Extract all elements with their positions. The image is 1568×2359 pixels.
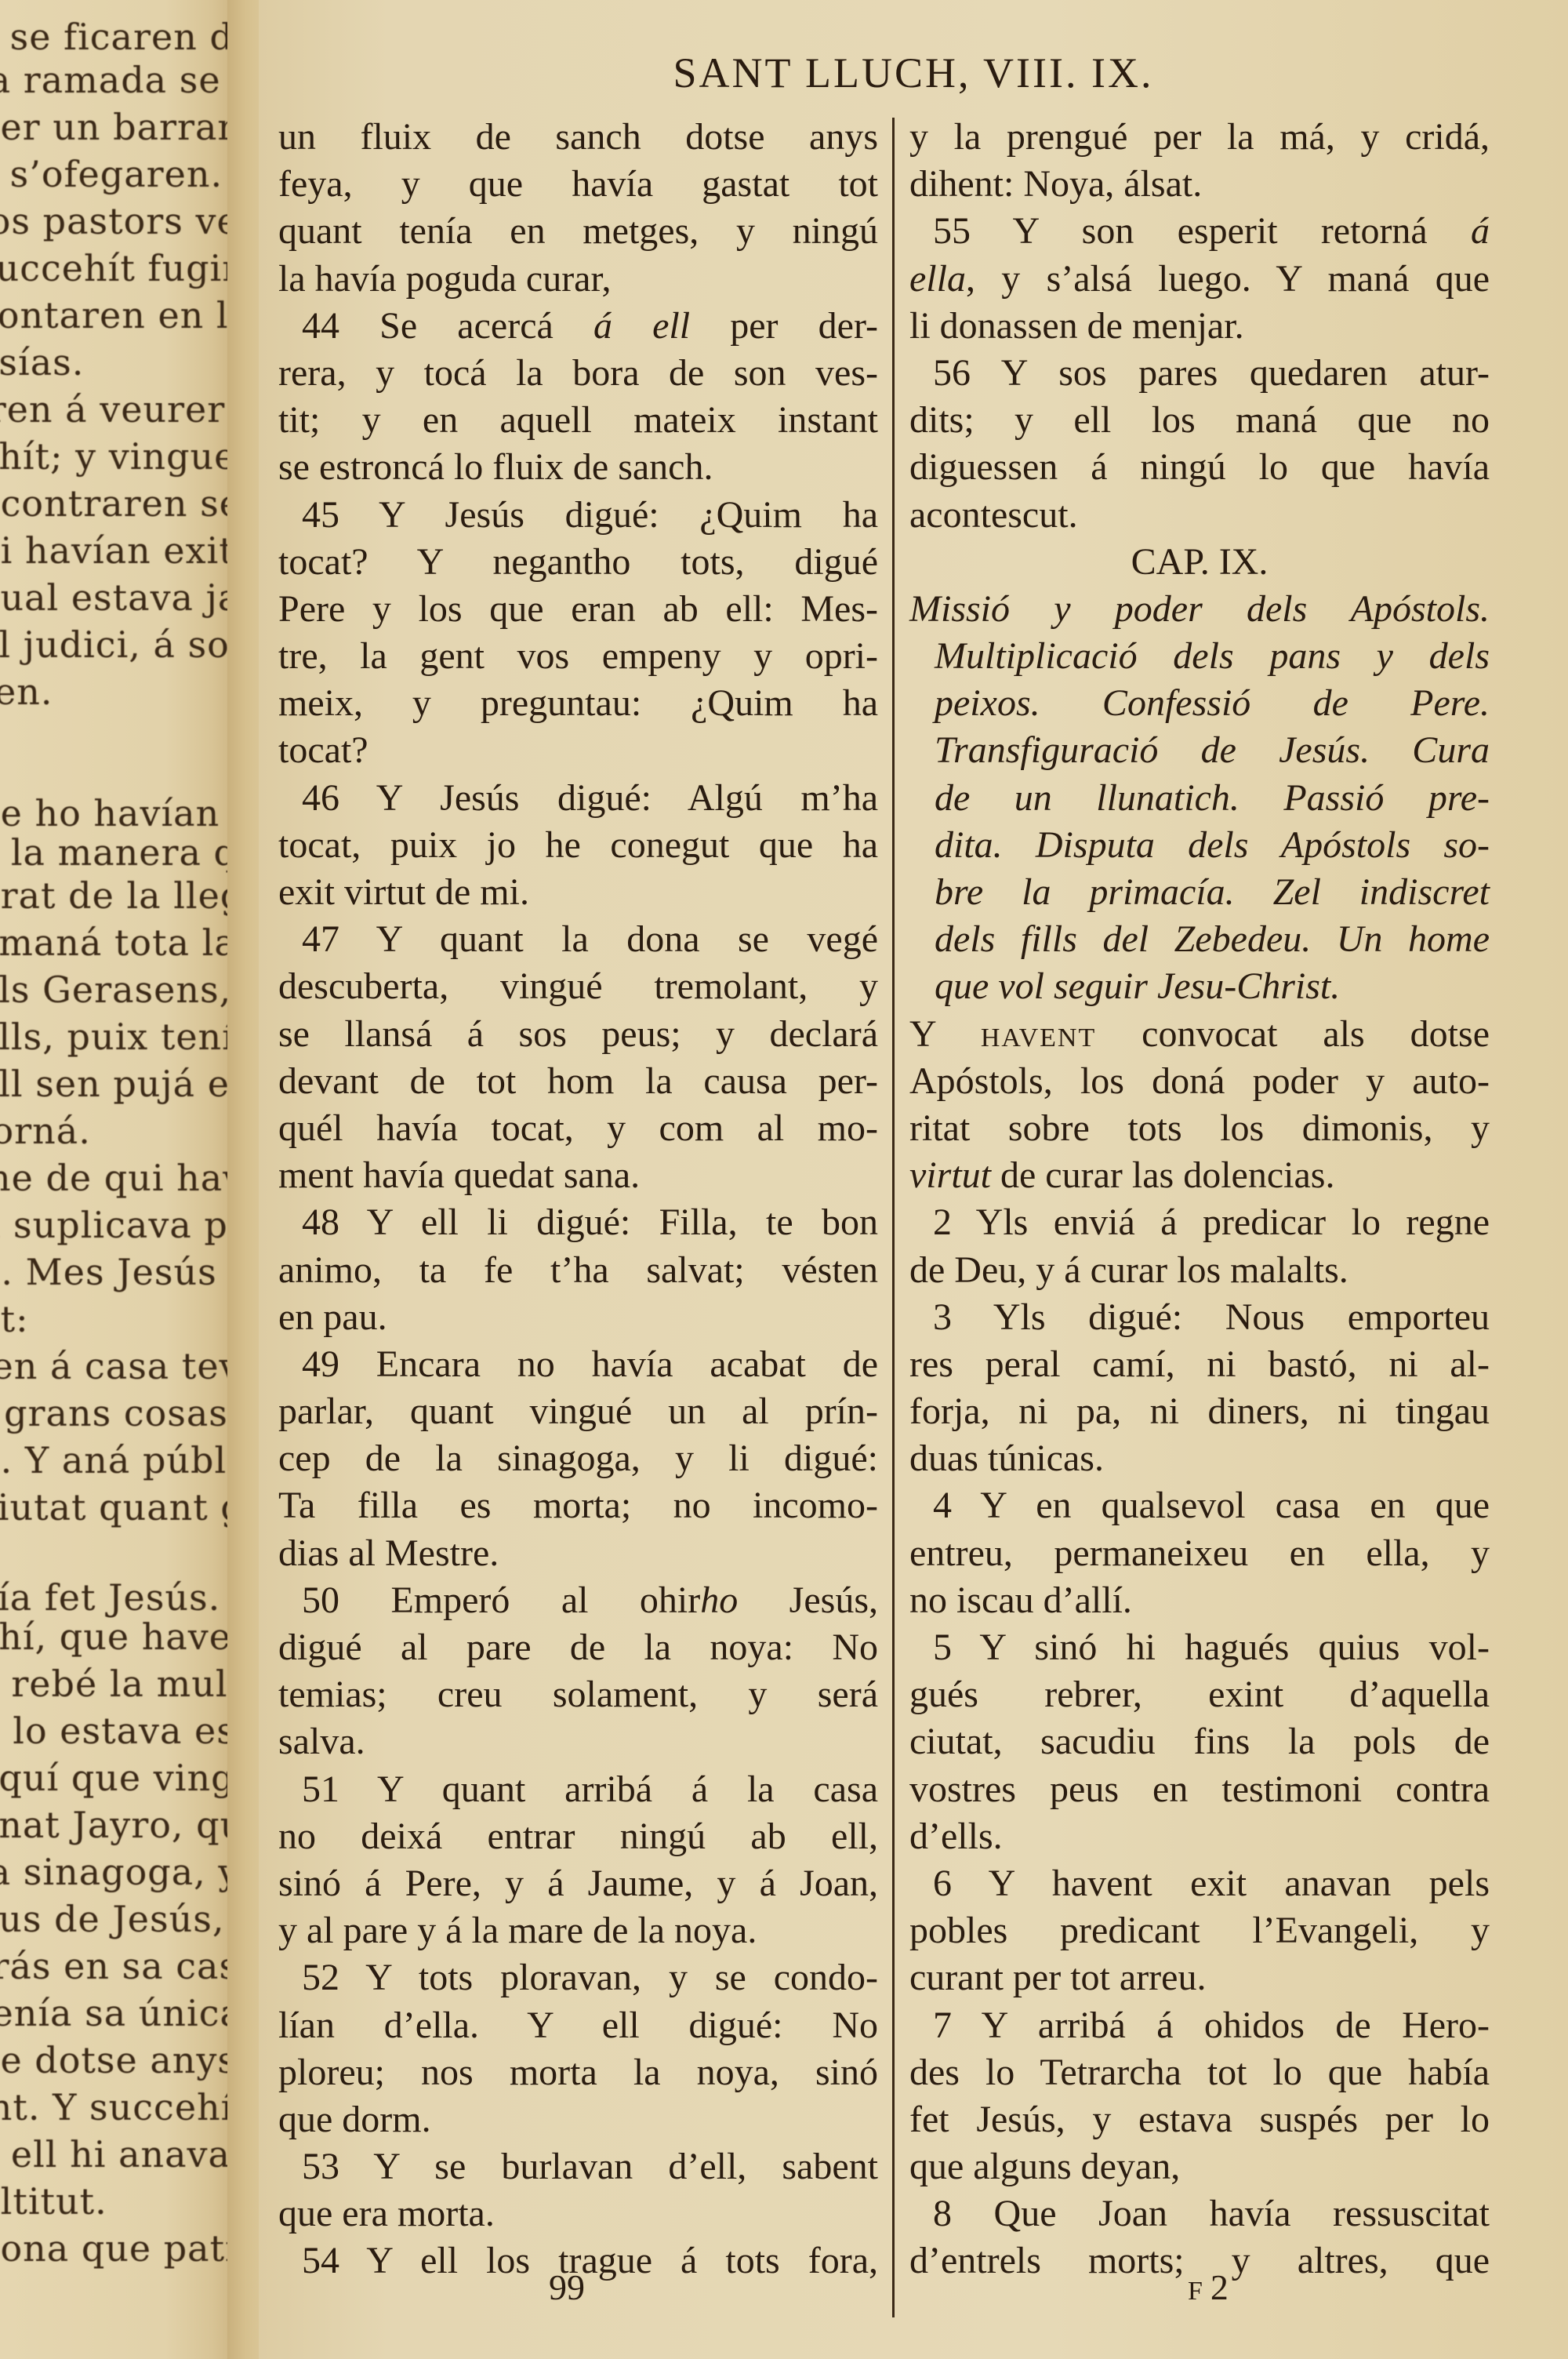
verse-line: tit; y en aquell mateix instant: [278, 397, 878, 444]
facing-page-line: ultitut.: [0, 2180, 107, 2223]
verse-line: 8 Que Joan havía ressuscitat: [909, 2190, 1490, 2237]
verse-line: parlar, quant vingué un al prín-: [278, 1388, 878, 1435]
facing-page-line: dona que patía de: [0, 2227, 235, 2270]
facing-page-line: urat de la llegió.: [0, 874, 235, 917]
chapter-summary-line: dels fills del Zebedeu. Un home: [909, 916, 1490, 963]
verse-line: 50 Emperó al ohirho Jesús,: [278, 1577, 878, 1624]
page-number: 99: [549, 2266, 585, 2308]
chapter-summary-line: bre la primacía. Zel indiscret: [909, 869, 1490, 916]
facing-page-line: la sinagoga, y po: [0, 1851, 235, 1893]
facing-page-line: u. Y aná públic: [0, 1439, 235, 1481]
verse-line: 5 Y sinó hi hagués quius vol-: [909, 1624, 1490, 1671]
verse-line: gués rebrer, exint d’aquella: [909, 1671, 1490, 1718]
verse-line: devant de tot hom la causa per-: [278, 1058, 878, 1105]
facing-page-line: e ell hi anava lo: [0, 2133, 235, 2175]
verse-line: la havía poguda curar,: [278, 256, 878, 303]
chapter-summary-line: Transfiguració de Jesús. Cura: [909, 727, 1490, 774]
verse-line: tocat? Y negantho tots, digué: [278, 539, 878, 586]
chapter-summary-line: Missió y poder dels Apóstols.: [909, 586, 1490, 633]
verse-line: 3 Yls digué: Nous emporteu: [909, 1294, 1490, 1341]
verse-line: que alguns deyan,: [909, 2143, 1490, 2190]
facing-page-line: int. Y succehí que: [0, 2086, 235, 2128]
verse-line: 56 Y sos pares quedaren atur-: [909, 350, 1490, 397]
facing-page-line: ui havían exit los: [0, 529, 235, 572]
verse-line: Y havent convocat als dotse: [909, 1011, 1490, 1058]
verse-line: 47 Y quant la dona se vegé: [278, 916, 878, 963]
verse-line: y al pare y á la mare de la noya.: [278, 1907, 878, 1954]
facing-page-line: y se ficaren dins d: [0, 16, 235, 58]
verse-line: Ta filla es morta; no incomo-: [278, 1482, 878, 1529]
facing-page-line: vía fet Jesús.: [0, 1576, 220, 1619]
verse-line: 49 Encara no havía acabat de: [278, 1341, 878, 1388]
verse-line: diguessen á ningú lo que havía: [909, 444, 1490, 491]
facing-page-line: per un barranch: [0, 106, 235, 148]
verse-line: 45 Y Jesús digué: ¿Quim ha: [278, 492, 878, 539]
verse-line: digué al pare de la noya: No: [278, 1624, 878, 1671]
verse-line: 51 Y quant arribá á la casa: [278, 1766, 878, 1813]
facing-page-line: enat Jayro, que er: [0, 1804, 235, 1846]
verse-line: 55 Y son esperit retorná á: [909, 208, 1490, 255]
verse-line: animo, ta fe t’ha salvat; vésten: [278, 1247, 878, 1294]
facing-page-line: los pastors vegeren: [0, 200, 235, 242]
facing-page-line: de dotse anys, que: [0, 2039, 235, 2081]
verse-line: se estroncá lo fluix de sanch.: [278, 444, 878, 491]
verse-line: entreu, permaneixeu en ella, y: [909, 1530, 1490, 1577]
facing-page-line: y s’ofegaren.: [0, 153, 223, 195]
verse-line: 2 Yls enviá á predicar lo regne: [909, 1199, 1490, 1246]
signature-letter: F: [1188, 2277, 1203, 2306]
facing-page-line: qual estava ja vest: [0, 576, 235, 619]
column-divider-rule: [892, 118, 895, 2317]
signature-number: 2: [1210, 2267, 1229, 2307]
verse-line: quél havía tocat, y com al mo-: [278, 1105, 878, 1152]
verse-line: quant tenía en metges, y ningú: [278, 208, 878, 255]
verse-line: res peral camí, ni bastó, ni al-: [909, 1341, 1490, 1388]
verse-line: de Deu, y á curar los malalts.: [909, 1247, 1490, 1294]
verse-line: 53 Y se burlavan d’ell, sabent: [278, 2143, 878, 2190]
facing-page-line: emaná tota la gent: [0, 921, 235, 964]
facing-page-line: ciutat quant gr: [0, 1486, 235, 1528]
verse-line: ritat sobre tots los dimonis, y: [909, 1105, 1490, 1152]
facing-page-line: ehí, que havent to: [0, 1616, 235, 1658]
verse-line: que era morta.: [278, 2190, 878, 2237]
verse-line: forja, ni pa, ni diners, ni tingau: [909, 1388, 1490, 1435]
facing-page-line: eus de Jesús, li supl: [0, 1898, 235, 1940]
facing-page: y se ficaren dins dla ramada se desperpe…: [0, 0, 235, 2359]
verse-line: feya, y que havía gastat tot: [278, 161, 878, 208]
running-head: SANT LLUCH, VIII. IX.: [259, 49, 1568, 97]
facing-page-line: nt:: [0, 1298, 29, 1340]
chapter-summary-line: que vol seguir Jesu-Christ.: [909, 963, 1490, 1010]
verse-line: fet Jesús, y estava suspés per lo: [909, 2096, 1490, 2143]
verse-line: exit virtut de mi.: [278, 869, 878, 916]
chapter-summary-line: dita. Disputa dels Apóstols so-: [909, 822, 1490, 869]
facing-page-line: els Gerasens, que: [0, 969, 235, 1011]
verse-line: 46 Y Jesús digué: Algú m’ha: [278, 775, 878, 822]
verse-line: un fluix de sanch dotse anys: [278, 114, 878, 161]
verse-line: cep de la sinagoga, y li digué:: [278, 1435, 878, 1482]
facing-page-line: o rebé la multitu: [0, 1663, 235, 1705]
chapter-summary-line: de un llunatich. Passió pre-: [909, 775, 1490, 822]
signature-mark: F2: [1188, 2266, 1229, 2308]
facing-page-line: succehít fugiren, y: [0, 247, 235, 289]
verse-line: temias; creu solament, y será: [278, 1671, 878, 1718]
facing-page-line: ncontraren sentat: [0, 482, 235, 525]
facing-page-line: al judici, á sos peus: [0, 623, 235, 666]
verse-line: descuberta, vingué tremolant, y: [278, 963, 878, 1010]
facing-page-line: ue ho havían vist: [0, 792, 235, 834]
verse-line: tre, la gent vos empeny y opri-: [278, 633, 878, 680]
verse-line: li donassen de menjar.: [909, 303, 1490, 350]
verse-line: ciutat, sacudiu fins la pols de: [909, 1718, 1490, 1765]
facing-page-line: aquí que vingué u: [0, 1757, 235, 1799]
facing-page-line: ren.: [0, 671, 53, 713]
facing-page-line: torná.: [0, 1110, 91, 1152]
verse-line: des lo Tetrarcha tot lo que había: [909, 2049, 1490, 2096]
verse-line: ploreu; nos morta la noya, sinó: [278, 2049, 878, 2096]
verse-line: pobles predicant l’Evangeli, y: [909, 1907, 1490, 1954]
facing-page-line: asías.: [0, 341, 84, 383]
verse-line: tocat, puix jo he conegut que ha: [278, 822, 878, 869]
verse-line: no deixá entrar ningú ab ell,: [278, 1813, 878, 1860]
facing-page-line: ell sen pujá en u: [0, 1063, 235, 1105]
verse-line: lían d’ella. Y ell digué: No: [278, 2002, 878, 2049]
verse-line: en pau.: [278, 1294, 878, 1341]
verse-line: duas túnicas.: [909, 1435, 1490, 1482]
facing-page-line: trás en sa casa.: [0, 1945, 235, 1987]
verse-line: rera, y tocá la bora de son ves-: [278, 350, 878, 397]
verse-line: sinó á Pere, y á Jaume, y á Joan,: [278, 1860, 878, 1907]
verse-line: salva.: [278, 1718, 878, 1765]
facing-page-line: me de qui havían e: [0, 1157, 235, 1199]
facing-page-line: ells, puix tenían gr: [0, 1016, 235, 1058]
facing-page-line: ten á casa teva,: [0, 1345, 235, 1387]
right-column: y la prengué per la má, y cridá,dihent: …: [909, 114, 1490, 2285]
verse-line: 4 Y en qualsevol casa en que: [909, 1482, 1490, 1529]
facing-page-line: n lo estava esperan: [0, 1710, 235, 1752]
verse-line: dias al Mestre.: [278, 1530, 878, 1577]
book-page: SANT LLUCH, VIII. IX. un fluix de sanch …: [259, 0, 1568, 2359]
verse-line: 52 Y tots ploravan, y se condo-: [278, 1954, 878, 2001]
facing-page-line: t grans cosas ha: [0, 1392, 235, 1434]
facing-page-line: ehít; y vingueren: [0, 435, 235, 478]
verse-line: virtut de curar las dolencias.: [909, 1152, 1490, 1199]
verse-line: ment havía quedat sana.: [278, 1152, 878, 1199]
verse-line: no iscau d’allí.: [909, 1577, 1490, 1624]
verse-line: 7 Y arribá á ohidos de Hero-: [909, 2002, 1490, 2049]
facing-page-line: e la manera que ha: [0, 831, 235, 874]
verse-line: dihent: Noya, álsat.: [909, 161, 1490, 208]
chapter-summary-line: Multiplicació dels pans y dels: [909, 633, 1490, 680]
verse-line: tocat?: [278, 727, 878, 774]
facing-page-line: la ramada se desper: [0, 59, 235, 101]
verse-line: curant per tot arreu.: [909, 1954, 1490, 2001]
verse-line: dits; y ell los maná que no: [909, 397, 1490, 444]
verse-line: meix, y preguntau: ¿Quim ha: [278, 680, 878, 727]
verse-line: y la prengué per la má, y cridá,: [909, 114, 1490, 161]
verse-line: que dorm.: [278, 2096, 878, 2143]
verse-line: d’ells.: [909, 1813, 1490, 1860]
verse-line: 6 Y havent exit anavan pels: [909, 1860, 1490, 1907]
facing-page-line: contaren en la ciut: [0, 294, 235, 336]
facing-page-line: tenía sa única filla: [0, 1992, 235, 2034]
facing-page-line: ll. Mes Jesús lo d: [0, 1251, 235, 1293]
verse-line: 44 Se acercá á ell per der-: [278, 303, 878, 350]
verse-line: Pere y los que eran ab ell: Mes-: [278, 586, 878, 633]
facing-page-line: iren á veurer lo: [0, 388, 235, 431]
verse-line: vostres peus en testimoni contra: [909, 1766, 1490, 1813]
verse-line: 48 Y ell li digué: Filla, te bon: [278, 1199, 878, 1246]
chapter-summary-line: peixos. Confessió de Pere.: [909, 680, 1490, 727]
verse-line: Apóstols, los doná poder y auto-: [909, 1058, 1490, 1105]
left-column: un fluix de sanch dotse anysfeya, y que …: [278, 114, 878, 2285]
facing-page-line: li suplicava poder: [0, 1204, 235, 1246]
chapter-heading: CAP. IX.: [909, 539, 1490, 586]
verse-line: se llansá á sos peus; y declará: [278, 1011, 878, 1058]
verse-line: ella, y s’alsá luego. Y maná que: [909, 256, 1490, 303]
verse-line: acontescut.: [909, 492, 1490, 539]
